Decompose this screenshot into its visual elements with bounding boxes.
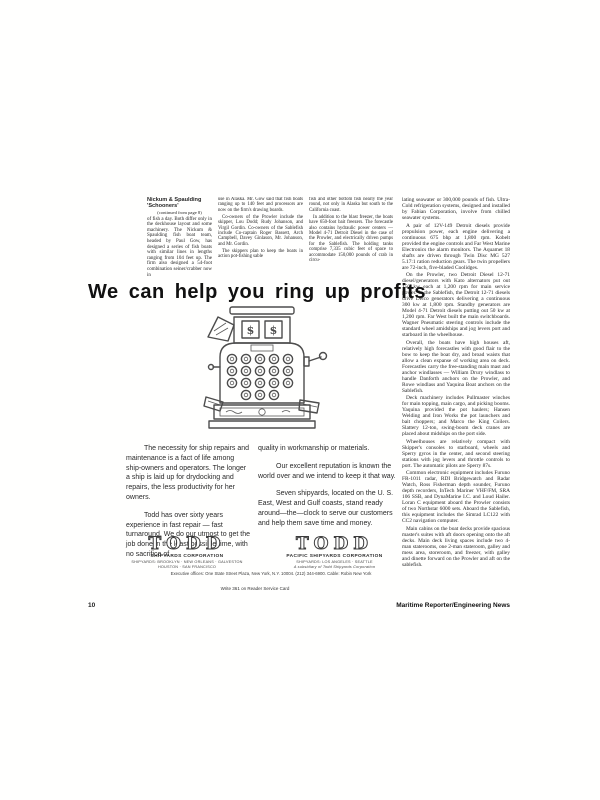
register-keys — [227, 354, 292, 399]
article-column-1: Nickum & Spaulding 'Schooners' (continue… — [147, 197, 212, 281]
article-text: Wheelhouses are relatively compact with … — [402, 439, 510, 469]
article-text: Overall, the boats have high houses aft,… — [402, 340, 510, 394]
article-text: In addition to the blast freezer, the bo… — [309, 215, 393, 264]
dollar-sign: $ — [270, 324, 278, 337]
executive-offices-line: Executive offices: One State Street Plaz… — [140, 571, 402, 576]
ad-paragraph: Our excellent reputation is known the wo… — [258, 462, 404, 482]
article-text: fish and other bottom fish nearly the ye… — [309, 197, 393, 213]
todd-wordmark: TODD — [262, 536, 407, 553]
article-text: Co-owners of the Prowler include the ski… — [218, 215, 303, 247]
article-text: Common electronic equipment includes Fur… — [402, 470, 510, 524]
register-lid — [230, 307, 294, 314]
logo-subtitle: PACIFIC SHIPYARDS CORPORATION — [262, 554, 407, 559]
reader-service-note: Write 361 on Reader Service Card — [180, 586, 330, 591]
article-text: Deck machinery includes Pullmaster winch… — [402, 395, 510, 437]
article-text: The skippers plan to keep the boats in a… — [218, 249, 303, 260]
continued-note: (continued from page 8) — [147, 210, 212, 216]
logo-locations: SHIPYARDS: LOS ANGELES · SEATTLE — [262, 560, 407, 564]
article-column-3: fish and other bottom fish nearly the ye… — [309, 197, 393, 281]
ad-paragraph: quality in workmanship or materials. — [258, 444, 404, 454]
article-column-2: use in Alaska. Mr. Gow said that fish bo… — [218, 197, 303, 281]
article-text: use in Alaska. Mr. Gow said that fish bo… — [218, 197, 303, 213]
logo-subtitle: SHIPYARDS CORPORATION — [112, 554, 262, 559]
todd-shipyards-logo: TODD SHIPYARDS CORPORATION SHIPYARDS: BR… — [112, 536, 262, 569]
article-text: lating seawater or 300,000 pounds of fis… — [402, 197, 510, 221]
page-number: 10 — [88, 602, 95, 609]
cash-register-illustration: $ $ — [192, 297, 332, 437]
register-crank — [304, 353, 327, 367]
logo-subsidiary-note: A subsidiary of Todd Shipyards Corporati… — [262, 565, 407, 569]
ad-paragraph: The necessity for ship repairs and maint… — [126, 444, 250, 503]
dollar-sign: $ — [247, 324, 255, 337]
magazine-title: Maritime Reporter/Engineering News — [396, 602, 510, 609]
logo-locations: HOUSTON · SAN FRANCISCO — [112, 565, 262, 569]
magazine-page: Nickum & Spaulding 'Schooners' (continue… — [0, 0, 600, 800]
receipt-paper — [208, 317, 234, 341]
todd-pacific-logo: TODD PACIFIC SHIPYARDS CORPORATION SHIPY… — [262, 536, 407, 569]
ad-paragraph: Seven shipyards, located on the U. S. Ea… — [258, 489, 404, 528]
article-text: of fish a day. Both differ only in the d… — [147, 217, 212, 279]
article-text: Main cabins on the boat decks provide sp… — [402, 526, 510, 568]
ad-body-right: quality in workmanship or materials. Our… — [258, 444, 404, 537]
article-subheading: 'Schooners' — [147, 203, 212, 209]
register-drawer — [204, 397, 319, 419]
article-text: A pair of 12V-149 Detroit diesels provid… — [402, 223, 510, 271]
logo-locations: SHIPYARDS: BROOKLYN · NEW ORLEANS · GALV… — [112, 560, 262, 564]
register-base — [209, 421, 315, 428]
todd-wordmark: TODD — [112, 536, 262, 553]
article-column-4: lating seawater or 300,000 pounds of fis… — [402, 197, 510, 597]
